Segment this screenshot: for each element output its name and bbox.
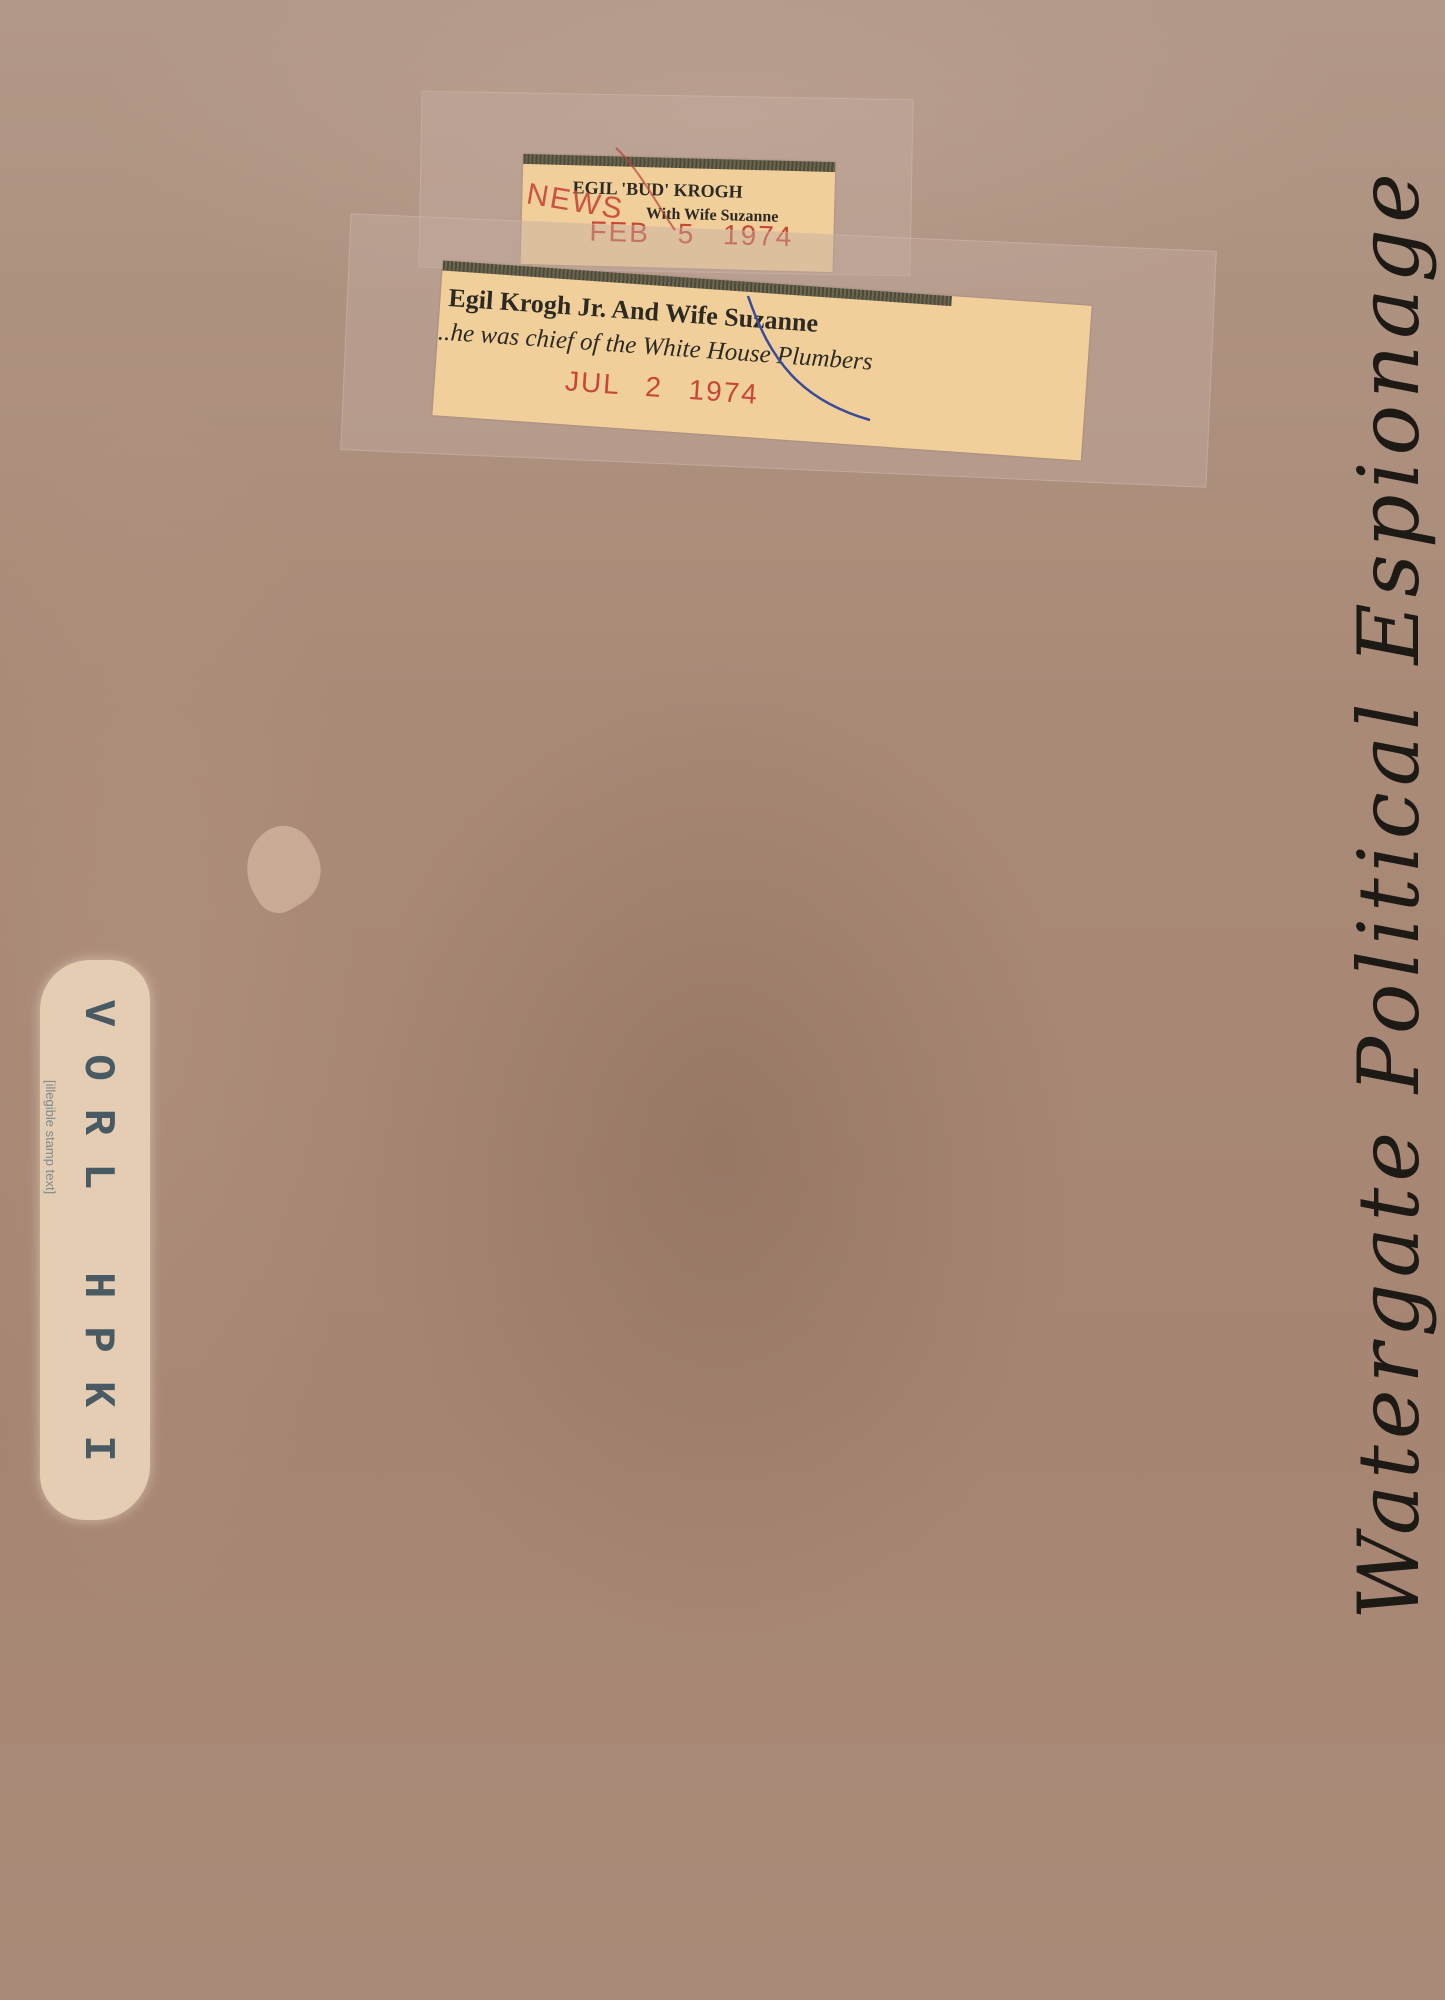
blue-pen-mark xyxy=(0,0,1445,500)
handwritten-note: Watergate Political Espionage xyxy=(1340,167,1438,1620)
side-label-text: VORL HPKI xyxy=(72,1000,122,1490)
side-label-fine-print: [illegible stamp text] xyxy=(43,1080,58,1194)
